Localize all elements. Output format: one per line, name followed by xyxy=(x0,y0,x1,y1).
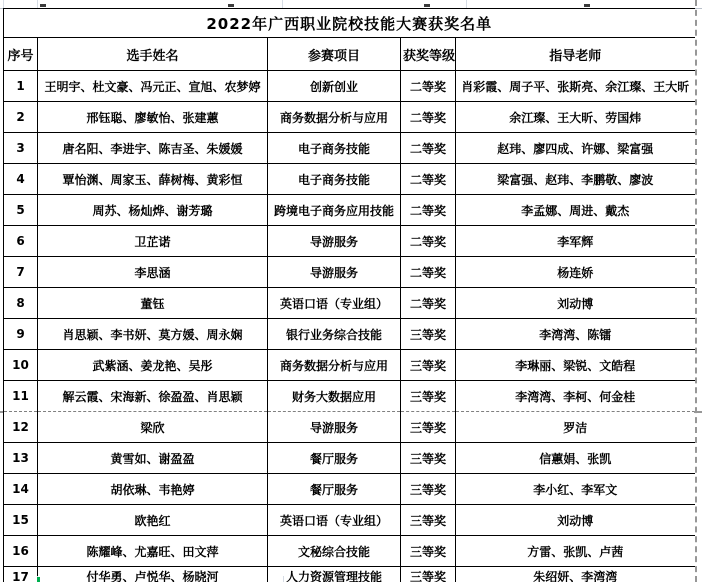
cell-teachers[interactable]: 刘动博 xyxy=(456,505,695,536)
cell-no[interactable]: 6 xyxy=(4,226,38,257)
cell-teachers[interactable]: 余江璨、王大昕、劳国炜 xyxy=(456,102,695,133)
table-row: 2邢钰聪、廖敏怡、张建蕙商务数据分析与应用二等奖余江璨、王大昕、劳国炜 xyxy=(4,102,695,133)
cell-no[interactable]: 1 xyxy=(4,71,38,102)
cell-no[interactable]: 15 xyxy=(4,505,38,536)
column-header-teachers[interactable]: 指导老师 xyxy=(456,38,695,71)
table-row: 9肖思颖、李书妍、莫方媛、周永娴银行业务综合技能三等奖李湾湾、陈镭 xyxy=(4,319,695,350)
cell-names[interactable]: 王明宇、杜文豪、冯元正、宣旭、农梦婷 xyxy=(38,71,268,102)
cell-names[interactable]: 武紫涵、姜龙艳、吴彤 xyxy=(38,350,268,381)
cell-award[interactable]: 二等奖 xyxy=(401,164,456,195)
table-row: 13黄雪如、谢盈盈餐厅服务三等奖信蕙娟、张凯 xyxy=(4,443,695,474)
cell-no[interactable]: 17 xyxy=(4,567,38,582)
cell-teachers[interactable]: 赵玮、廖四成、许娜、梁富强 xyxy=(456,133,695,164)
cell-names[interactable]: 欧艳红 xyxy=(38,505,268,536)
table-row: 6卫芷诺导游服务二等奖李军辉 xyxy=(4,226,695,257)
cell-teachers[interactable]: 肖彩霞、周子平、张斯亮、余江璨、王大昕 xyxy=(456,71,695,102)
cell-no[interactable]: 4 xyxy=(4,164,38,195)
cell-names[interactable]: 梁欣 xyxy=(38,412,268,443)
cell-names[interactable]: 陈耀峰、尤嘉旺、田文萍 xyxy=(38,536,268,567)
cell-teachers[interactable]: 刘动博 xyxy=(456,288,695,319)
table-row: 7李思涵导游服务二等奖杨连娇 xyxy=(4,257,695,288)
cell-teachers[interactable]: 杨连娇 xyxy=(456,257,695,288)
table-title-row: 2022年广西职业院校技能大赛获奖名单 xyxy=(4,9,695,38)
column-header-no[interactable]: 序号 xyxy=(4,38,38,71)
cell-award[interactable]: 三等奖 xyxy=(401,412,456,443)
table-row: 15欧艳红英语口语（专业组）三等奖刘动博 xyxy=(4,505,695,536)
cell-award[interactable]: 三等奖 xyxy=(401,505,456,536)
cell-project[interactable]: 创新创业 xyxy=(268,71,401,102)
table-row: 10武紫涵、姜龙艳、吴彤商务数据分析与应用三等奖李琳丽、梁锐、文皓程 xyxy=(4,350,695,381)
cell-no[interactable]: 10 xyxy=(4,350,38,381)
cell-names[interactable]: 李思涵 xyxy=(38,257,268,288)
cell-no[interactable]: 16 xyxy=(4,536,38,567)
cell-teachers[interactable]: 梁富强、赵玮、李鹏敬、廖波 xyxy=(456,164,695,195)
cell-no[interactable]: 3 xyxy=(4,133,38,164)
cell-project[interactable]: 餐厅服务 xyxy=(268,474,401,505)
grid-line xyxy=(466,0,467,8)
table-row: 11解云霞、宋海新、徐盈盈、肖思颖财务大数据应用三等奖李湾湾、李柯、何金桂 xyxy=(4,381,695,412)
cell-names[interactable]: 邢钰聪、廖敏怡、张建蕙 xyxy=(38,102,268,133)
cell-award[interactable]: 二等奖 xyxy=(401,226,456,257)
cell-project[interactable]: 电子商务技能 xyxy=(268,164,401,195)
table-row: 14胡依琳、韦艳婷餐厅服务三等奖李小红、李军文 xyxy=(4,474,695,505)
grid-line xyxy=(37,0,38,8)
partial-column-letter-mark xyxy=(228,4,234,7)
cell-no[interactable]: 14 xyxy=(4,474,38,505)
cell-award[interactable]: 三等奖 xyxy=(401,381,456,412)
cell-teachers[interactable]: 李湾湾、陈镭 xyxy=(456,319,695,350)
cell-names[interactable]: 董钰 xyxy=(38,288,268,319)
column-header-names[interactable]: 选手姓名 xyxy=(38,38,268,71)
grid-line xyxy=(283,576,284,582)
awards-table: 2022年广西职业院校技能大赛获奖名单 序号 选手姓名 参赛项目 获奖等级 指导… xyxy=(3,8,695,582)
table-row: 8董钰英语口语（专业组）二等奖刘动博 xyxy=(4,288,695,319)
cell-no[interactable]: 7 xyxy=(4,257,38,288)
cell-award[interactable]: 三等奖 xyxy=(401,350,456,381)
cell-award[interactable]: 二等奖 xyxy=(401,102,456,133)
cell-names[interactable]: 肖思颖、李书妍、莫方媛、周永娴 xyxy=(38,319,268,350)
grid-line xyxy=(282,0,283,8)
cell-project[interactable]: 英语口语（专业组） xyxy=(268,505,401,536)
spreadsheet-view: { "title": "2022年广西职业院校技能大赛获奖名单", "colum… xyxy=(0,0,702,582)
cell-no[interactable]: 12 xyxy=(4,412,38,443)
cell-no[interactable]: 5 xyxy=(4,195,38,226)
horizontal-page-break-line xyxy=(0,411,3,413)
partial-column-letter-mark xyxy=(40,4,46,7)
cell-project[interactable]: 文秘综合技能 xyxy=(268,536,401,567)
cell-names[interactable]: 覃怡渊、周家玉、薛树梅、黄彩恒 xyxy=(38,164,268,195)
cell-award[interactable]: 二等奖 xyxy=(401,71,456,102)
table-row: 3唐名阳、李进宇、陈吉圣、朱媛媛电子商务技能二等奖赵玮、廖四成、许娜、梁富强 xyxy=(4,133,695,164)
cell-no[interactable]: 11 xyxy=(4,381,38,412)
partial-column-letter-mark xyxy=(424,4,430,7)
cell-no[interactable]: 9 xyxy=(4,319,38,350)
cell-project[interactable]: 商务数据分析与应用 xyxy=(268,350,401,381)
cell-teachers[interactable]: 李琳丽、梁锐、文皓程 xyxy=(456,350,695,381)
cell-project[interactable]: 商务数据分析与应用 xyxy=(268,102,401,133)
cell-project[interactable]: 导游服务 xyxy=(268,257,401,288)
cell-award[interactable]: 二等奖 xyxy=(401,195,456,226)
table-row: 16陈耀峰、尤嘉旺、田文萍文秘综合技能三等奖方雷、张凯、卢茜 xyxy=(4,536,695,567)
cell-teachers[interactable]: 李湾湾、李柯、何金桂 xyxy=(456,381,695,412)
table-row: 4覃怡渊、周家玉、薛树梅、黄彩恒电子商务技能二等奖梁富强、赵玮、李鹏敬、廖波 xyxy=(4,164,695,195)
cell-project[interactable]: 人力资源管理技能 xyxy=(268,567,401,582)
cell-teachers[interactable]: 方雷、张凯、卢茜 xyxy=(456,536,695,567)
cell-award[interactable]: 三等奖 xyxy=(401,474,456,505)
cell-project[interactable]: 英语口语（专业组） xyxy=(268,288,401,319)
cell-names[interactable]: 唐名阳、李进宇、陈吉圣、朱媛媛 xyxy=(38,133,268,164)
cell-project[interactable]: 银行业务综合技能 xyxy=(268,319,401,350)
cell-award[interactable]: 三等奖 xyxy=(401,319,456,350)
cell-project[interactable]: 餐厅服务 xyxy=(268,443,401,474)
table-header-row: 序号 选手姓名 参赛项目 获奖等级 指导老师 xyxy=(4,38,695,71)
cell-teachers[interactable]: 李孟娜、周进、戴杰 xyxy=(456,195,695,226)
column-header-award[interactable]: 获奖等级 xyxy=(401,38,456,71)
cell-project[interactable]: 财务大数据应用 xyxy=(268,381,401,412)
cell-award[interactable]: 三等奖 xyxy=(401,567,456,582)
cell-award[interactable]: 三等奖 xyxy=(401,443,456,474)
grid-line xyxy=(3,0,4,8)
cell-project[interactable]: 导游服务 xyxy=(268,412,401,443)
cell-no[interactable]: 8 xyxy=(4,288,38,319)
cell-no[interactable]: 13 xyxy=(4,443,38,474)
column-header-project[interactable]: 参赛项目 xyxy=(268,38,401,71)
cell-teachers[interactable]: 信蕙娟、张凯 xyxy=(456,443,695,474)
cell-project[interactable]: 电子商务技能 xyxy=(268,133,401,164)
table-row: 17付华勇、卢悦华、杨晓河人力资源管理技能三等奖朱绍妍、李湾湾 xyxy=(4,567,695,582)
cell-names[interactable]: 周苏、杨灿烨、谢芳璐 xyxy=(38,195,268,226)
table-row: 5周苏、杨灿烨、谢芳璐跨境电子商务应用技能二等奖李孟娜、周进、戴杰 xyxy=(4,195,695,226)
cell-teachers[interactable]: 李小红、李军文 xyxy=(456,474,695,505)
cell-no[interactable]: 2 xyxy=(4,102,38,133)
page-title[interactable]: 2022年广西职业院校技能大赛获奖名单 xyxy=(4,9,695,38)
cell-names[interactable]: 胡依琳、韦艳婷 xyxy=(38,474,268,505)
cell-teachers[interactable]: 李军辉 xyxy=(456,226,695,257)
vertical-page-break-line xyxy=(695,0,697,582)
cell-project[interactable]: 导游服务 xyxy=(268,226,401,257)
cell-award[interactable]: 二等奖 xyxy=(401,288,456,319)
table-row: 12梁欣导游服务三等奖罗洁 xyxy=(4,412,695,443)
selection-green-mark xyxy=(37,577,40,582)
cell-names[interactable]: 付华勇、卢悦华、杨晓河 xyxy=(38,567,268,582)
cell-teachers[interactable]: 朱绍妍、李湾湾 xyxy=(456,567,695,582)
cell-award[interactable]: 二等奖 xyxy=(401,133,456,164)
cell-names[interactable]: 黄雪如、谢盈盈 xyxy=(38,443,268,474)
partial-column-letter-mark xyxy=(584,4,590,7)
cell-teachers[interactable]: 罗洁 xyxy=(456,412,695,443)
horizontal-page-break-line xyxy=(694,411,702,413)
cell-names[interactable]: 卫芷诺 xyxy=(38,226,268,257)
cell-award[interactable]: 三等奖 xyxy=(401,536,456,567)
cell-award[interactable]: 二等奖 xyxy=(401,257,456,288)
cell-names[interactable]: 解云霞、宋海新、徐盈盈、肖思颖 xyxy=(38,381,268,412)
cell-project[interactable]: 跨境电子商务应用技能 xyxy=(268,195,401,226)
table-row: 1王明宇、杜文豪、冯元正、宣旭、农梦婷创新创业二等奖肖彩霞、周子平、张斯亮、余江… xyxy=(4,71,695,102)
